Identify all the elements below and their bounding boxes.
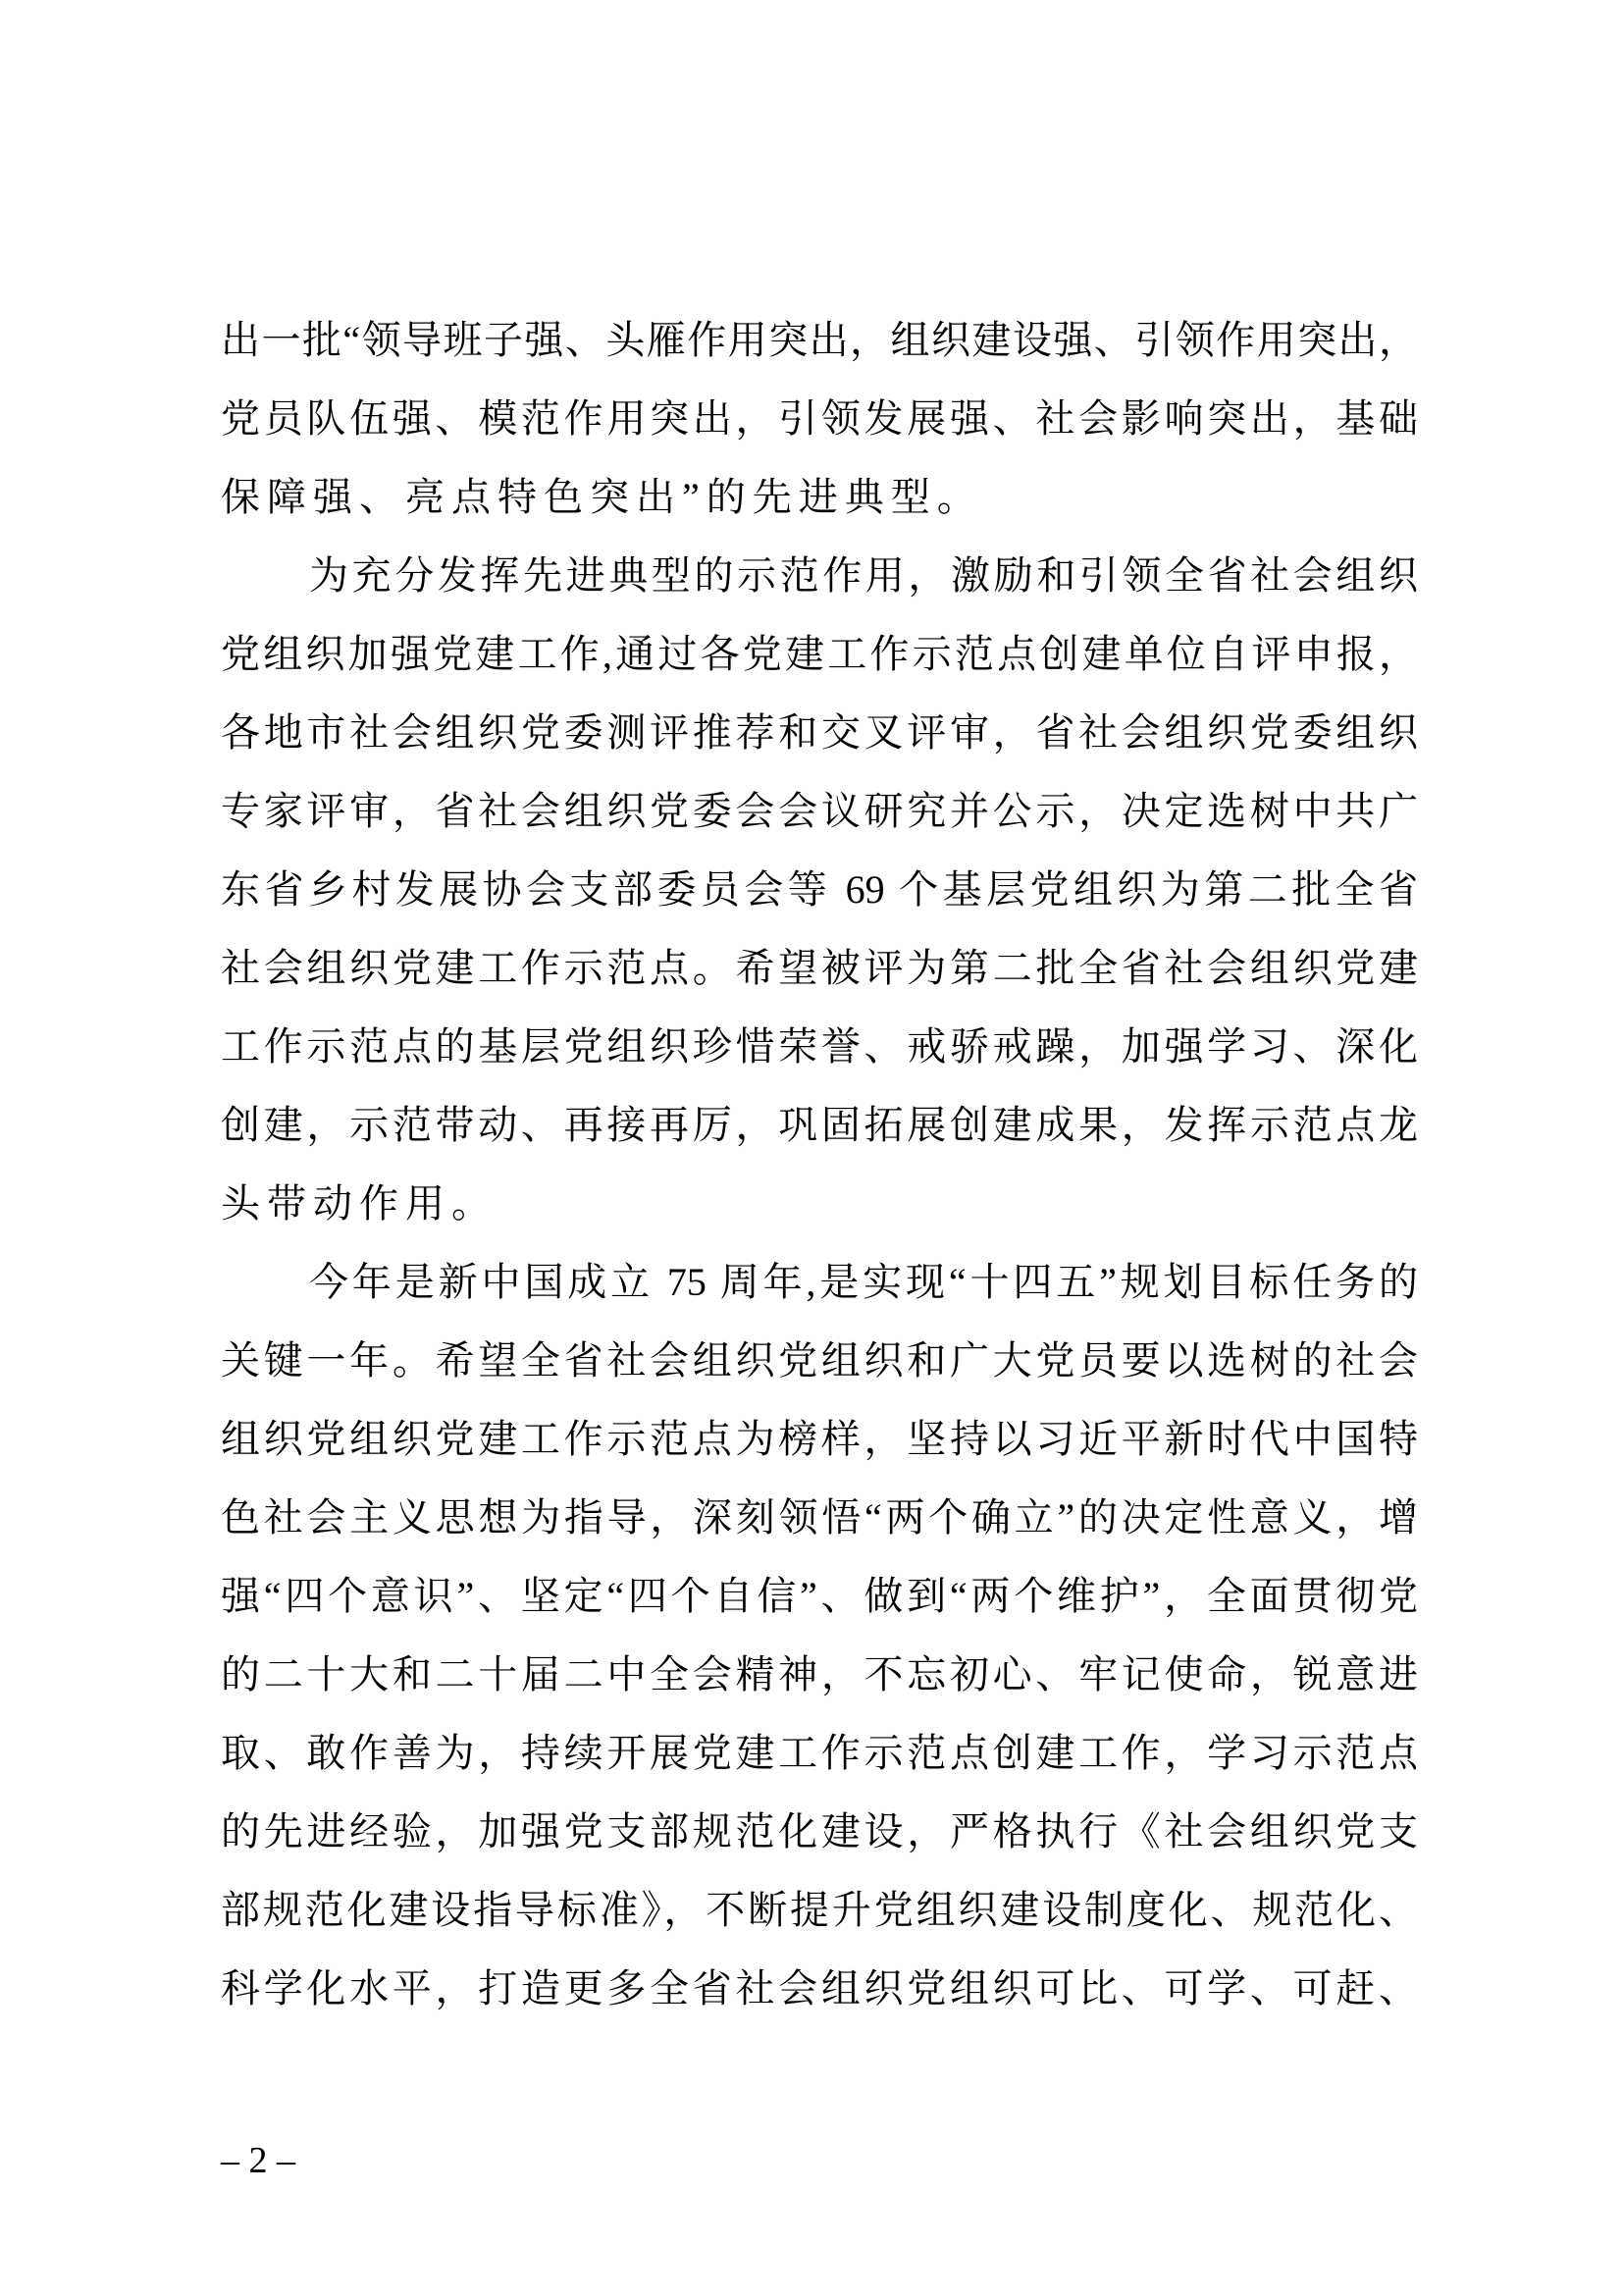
page-number: – 2 – xyxy=(221,2139,295,2182)
text-line: 专家评审，省社会组织党委会会议研究并公示，决定选树中共广 xyxy=(221,772,1418,851)
text-line: 创建，示范带动、再接再厉，巩固拓展创建成果，发挥示范点龙 xyxy=(221,1086,1418,1165)
text-line: 为充分发挥先进典型的示范作用，激励和引领全省社会组织 xyxy=(221,537,1418,615)
text-line: 取、敢作善为，持续开展党建工作示范点创建工作，学习示范点 xyxy=(221,1714,1418,1793)
text-line: 社会组织党建工作示范点。希望被评为第二批全省社会组织党建 xyxy=(221,929,1418,1008)
text-line: 党组织加强党建工作,通过各党建工作示范点创建单位自评申报， xyxy=(221,615,1418,694)
text-line: 工作示范点的基层党组织珍惜荣誉、戒骄戒躁，加强学习、深化 xyxy=(221,1008,1418,1086)
text-line: 强“四个意识”、坚定“四个自信”、做到“两个维护”，全面贯彻党 xyxy=(221,1557,1418,1636)
text-line: 各地市社会组织党委测评推荐和交叉评审，省社会组织党委组织 xyxy=(221,694,1418,772)
text-line: 部规范化建设指导标准》，不断提升党组织建设制度化、规范化、 xyxy=(221,1871,1418,1950)
text-line: 关键一年。希望全省社会组织党组织和广大党员要以选树的社会 xyxy=(221,1322,1418,1400)
text-line: 组织党组织党建工作示范点为榜样，坚持以习近平新时代中国特 xyxy=(221,1400,1418,1479)
body-text: 出一批“领导班子强、头雁作用突出，组织建设强、引领作用突出， 党员队伍强、模范作… xyxy=(221,301,1418,2028)
text-line: 保障强、亮点特色突出”的先进典型。 xyxy=(221,458,1418,537)
text-line: 的先进经验，加强党支部规范化建设，严格执行《社会组织党支 xyxy=(221,1793,1418,1871)
text-line: 东省乡村发展协会支部委员会等 69 个基层党组织为第二批全省 xyxy=(221,851,1418,929)
text-line: 科学化水平，打造更多全省社会组织党组织可比、可学、可赶、 xyxy=(221,1950,1418,2028)
text-line: 头带动作用。 xyxy=(221,1165,1418,1243)
text-line: 今年是新中国成立 75 周年,是实现“十四五”规划目标任务的 xyxy=(221,1243,1418,1322)
text-line: 出一批“领导班子强、头雁作用突出，组织建设强、引领作用突出， xyxy=(221,301,1418,380)
text-line: 色社会主义思想为指导，深刻领悟“两个确立”的决定性意义，增 xyxy=(221,1479,1418,1557)
text-line: 的二十大和二十届二中全会精神，不忘初心、牢记使命，锐意进 xyxy=(221,1636,1418,1714)
text-line: 党员队伍强、模范作用突出，引领发展强、社会影响突出，基础 xyxy=(221,380,1418,458)
document-page: 出一批“领导班子强、头雁作用突出，组织建设强、引领作用突出， 党员队伍强、模范作… xyxy=(0,0,1623,2296)
